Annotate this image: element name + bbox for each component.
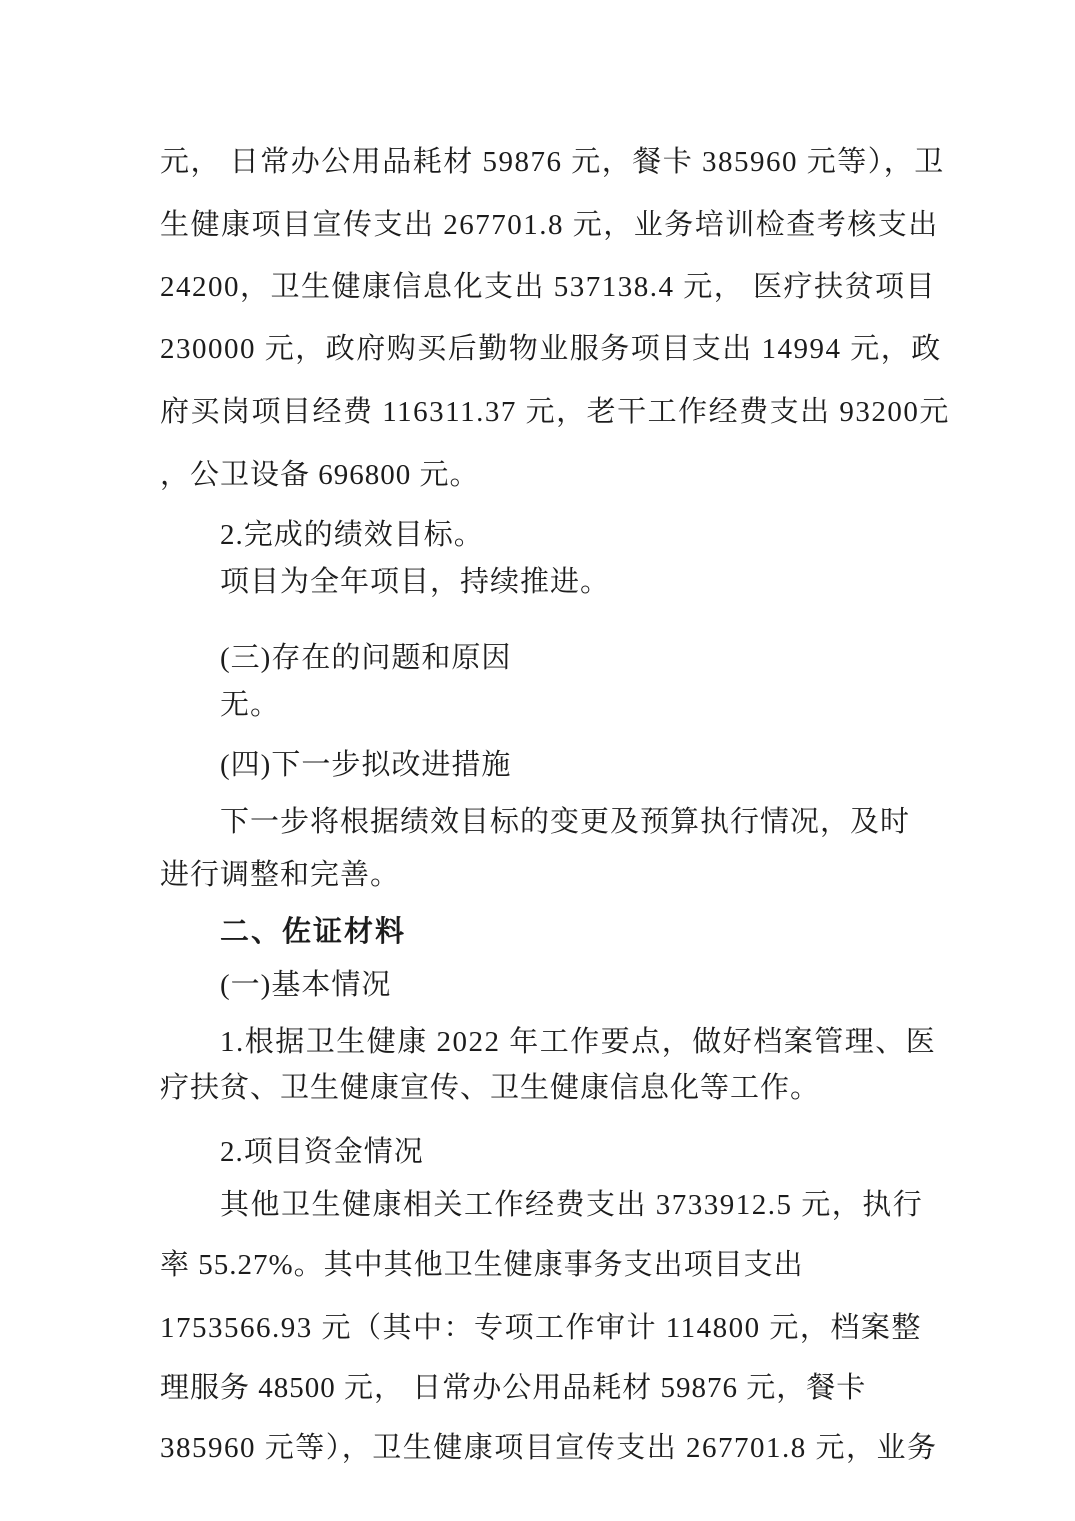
document-page: 元， 日常办公用品耗材 59876 元，餐卡 385960 元等），卫 生健康项…: [0, 0, 1075, 1521]
project-funds-text-line-5: 385960 元等），卫生健康项目宣传支出 267701.8 元，业务: [160, 1430, 942, 1466]
problems-section-text: 无。: [160, 687, 1002, 723]
performance-goal-text: 项目为全年项目，持续推进。: [160, 564, 1002, 600]
improvement-text-line-1: 下一步将根据绩效目标的变更及预算执行情况，及时: [160, 804, 1002, 840]
basic-info-heading: (一)基本情况: [160, 967, 1002, 1003]
basic-info-text-line-2: 疗扶贫、卫生健康宣传、卫生健康信息化等工作。: [160, 1070, 942, 1106]
project-funds-heading: 2.项目资金情况: [160, 1134, 1002, 1170]
evidence-material-heading: 二、佐证材料: [160, 914, 1002, 950]
project-funds-text-line-1: 其他卫生健康相关工作经费支出 3733912.5 元，执行: [160, 1187, 1002, 1223]
funds-continuation-line-5: 府买岗项目经费 116311.37 元，老干工作经费支出 93200元: [160, 394, 942, 430]
problems-section-heading: (三)存在的问题和原因: [160, 640, 1002, 676]
improvement-section-heading: (四)下一步拟改进措施: [160, 747, 1002, 783]
project-funds-text-line-3: 1753566.93 元（其中：专项工作审计 114800 元，档案整: [160, 1310, 942, 1346]
project-funds-text-line-4: 理服务 48500 元， 日常办公用品耗材 59876 元，餐卡: [160, 1370, 942, 1406]
funds-continuation-line-6: ，公卫设备 696800 元。: [160, 457, 942, 493]
performance-goal-heading: 2.完成的绩效目标。: [160, 517, 1002, 553]
basic-info-text-line-1: 1.根据卫生健康 2022 年工作要点，做好档案管理、医: [160, 1024, 1002, 1060]
funds-continuation-line-2: 生健康项目宣传支出 267701.8 元，业务培训检查考核支出: [160, 207, 942, 243]
project-funds-text-line-2: 率 55.27%。其中其他卫生健康事务支出项目支出: [160, 1247, 942, 1283]
improvement-text-line-2: 进行调整和完善。: [160, 857, 942, 893]
funds-continuation-line-3: 24200，卫生健康信息化支出 537138.4 元， 医疗扶贫项目: [160, 269, 942, 305]
funds-continuation-line-4: 230000 元，政府购买后勤物业服务项目支出 14994 元，政: [160, 331, 942, 367]
funds-continuation-line-1: 元， 日常办公用品耗材 59876 元，餐卡 385960 元等），卫: [160, 144, 942, 180]
